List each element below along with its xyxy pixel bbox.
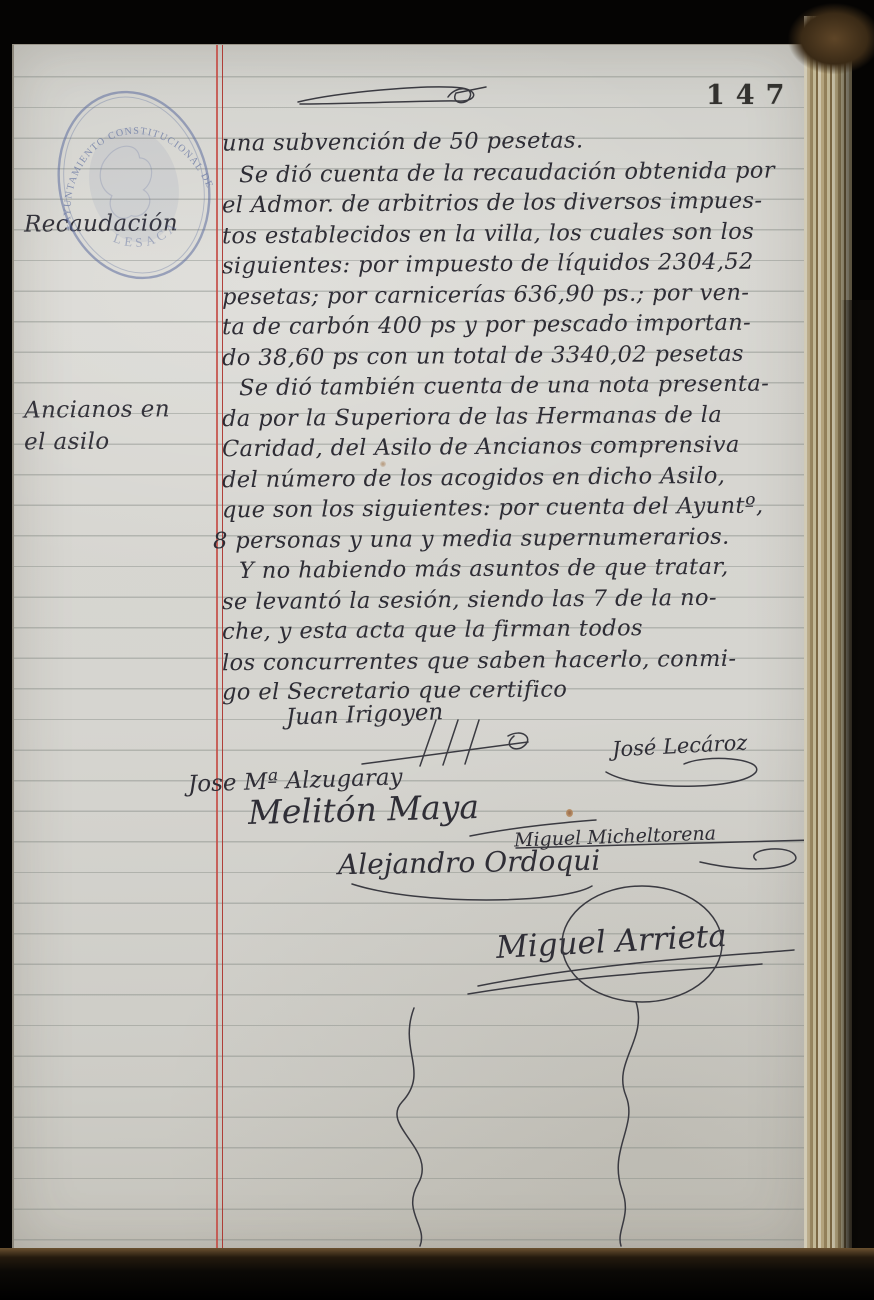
body-line: del número de los acogidos en dicho Asil… — [222, 463, 726, 493]
body-line: Se dió cuenta de la recaudación obtenida… — [222, 158, 775, 189]
body-line: pesetas; por carnicerías 636,90 ps.; por… — [222, 280, 750, 311]
binding-shadow — [840, 300, 874, 1260]
body-line: el Admor. de arbitrios de los diversos i… — [222, 188, 763, 219]
body-line: che, y esta acta que la firman todos — [222, 615, 643, 645]
body-line: ta de carbón 400 ps y por pescado import… — [222, 310, 751, 341]
body-line: los concurrentes que saben hacerlo, conm… — [222, 646, 737, 676]
body-line: Caridad, del Asilo de Ancianos comprensi… — [222, 432, 740, 463]
book-cover-bottom — [0, 1248, 874, 1300]
body-line: da por la Superiora de las Hermanas de l… — [222, 402, 722, 432]
body-line: Y no habiendo más asuntos de que tratar, — [222, 554, 729, 584]
margin-note-ancianos: el asilo — [24, 429, 110, 456]
body-line: se levantó la sesión, siendo las 7 de la… — [222, 585, 717, 615]
body-line: Se dió también cuenta de una nota presen… — [222, 371, 769, 402]
body-line: tos establecidos en la villa, los cuales… — [222, 219, 754, 250]
body-line: siguientes: por impuesto de líquidos 230… — [222, 249, 754, 280]
ink-stain — [566, 809, 573, 817]
ink-stain — [380, 461, 386, 467]
signature-meliton-maya: Melitón Maya — [248, 787, 480, 832]
body-line: 8 personas y una y media supernumerarios… — [213, 524, 730, 555]
stamp-star-icon: ✶ — [64, 223, 74, 235]
body-line: que son los siguientes: por cuenta del A… — [222, 493, 764, 524]
signature-alejandro-ordoqui: Alejandro Ordoqui — [338, 844, 601, 882]
signature-juan-irigoyen: Juan Irigoyen — [286, 699, 444, 730]
body-line: una subvención de 50 pesetas. — [222, 127, 584, 156]
margin-note-ancianos: Ancianos en — [24, 396, 170, 423]
binding-corner — [786, 0, 874, 86]
page-number: 147 — [706, 80, 795, 111]
body-line: do 38,60 ps con un total de 3340,02 pese… — [222, 341, 744, 372]
scanned-minutes-page: una subvención de 50 pesetas. Se dió cue… — [0, 0, 874, 1300]
